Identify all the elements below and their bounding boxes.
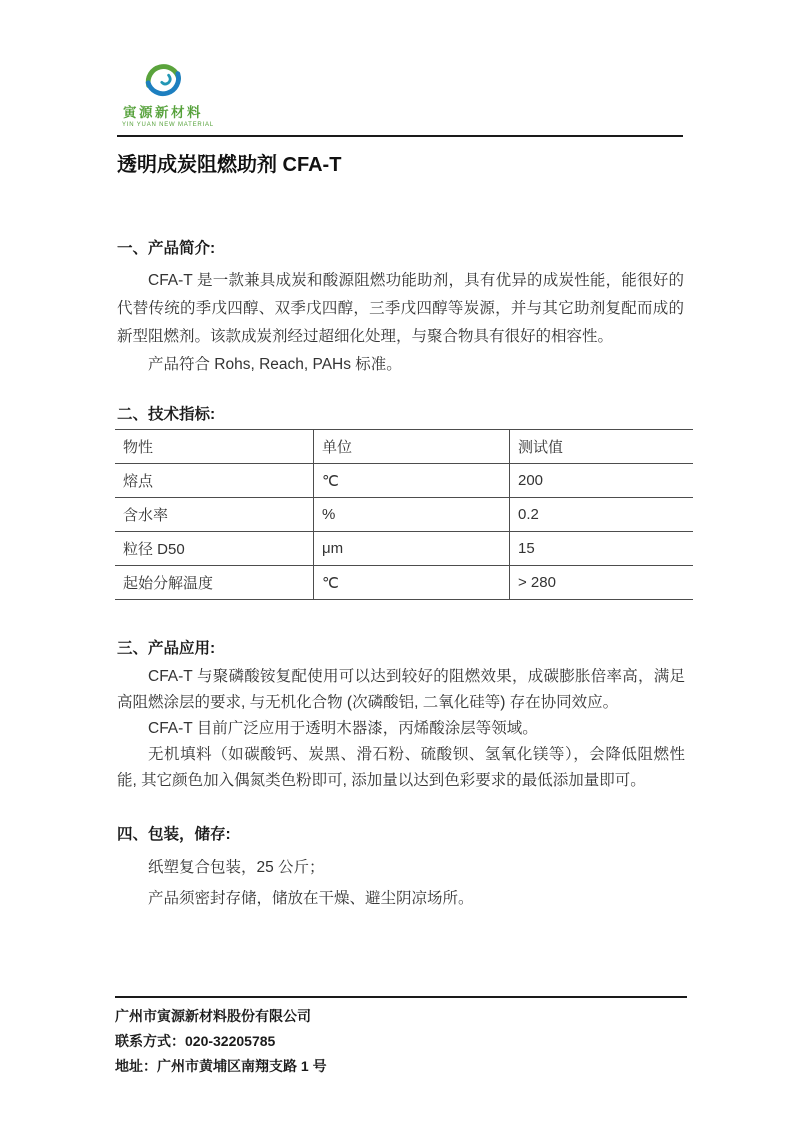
document-page: 寅源新材料 YIN YUAN NEW MATERIAL 透明成炭阻燃助剂 CFA… (0, 0, 800, 1131)
specs-col-value: 测试值 (510, 430, 694, 464)
intro-compliance-line: 产品符合 Rohs, Reach, PAHs 标准。 (117, 351, 684, 379)
logo-center-hook (162, 75, 170, 84)
table-row: 含水率 % 0.2 (115, 498, 693, 532)
table-row: 熔点 ℃ 200 (115, 464, 693, 498)
table-cell: ℃ (314, 566, 510, 600)
footer-contact-phone: 联系方式：020-32205785 (115, 1029, 687, 1054)
application-paragraph-2: CFA-T 目前广泛应用于透明木器漆，丙烯酸涂层等领域。 (117, 716, 685, 742)
table-cell: 200 (510, 464, 694, 498)
table-cell: 熔点 (115, 464, 314, 498)
section-application-heading: 三、产品应用: (117, 636, 685, 658)
table-cell: 15 (510, 532, 694, 566)
specs-col-unit: 单位 (314, 430, 510, 464)
table-cell: μm (314, 532, 510, 566)
packaging-line-1: 纸塑复合包装，25 公斤； (117, 852, 685, 883)
application-paragraph-1: CFA-T 与聚磷酸铵复配使用可以达到较好的阻燃效果，成碳膨胀倍率高，满足高阻燃… (117, 664, 685, 716)
section-specs: 二、技术指标: 物性 单位 测试值 熔点 ℃ 200 含水率 % 0.2 (115, 402, 687, 600)
section-intro-heading: 一、产品简介: (117, 236, 684, 258)
table-cell: 含水率 (115, 498, 314, 532)
specs-col-property: 物性 (115, 430, 314, 464)
table-row: 粒径 D50 μm 15 (115, 532, 693, 566)
section-packaging-heading: 四、包装，储存: (117, 822, 685, 844)
table-row: 起始分解温度 ℃ > 280 (115, 566, 693, 600)
table-cell: 起始分解温度 (115, 566, 314, 600)
section-application: 三、产品应用: CFA-T 与聚磷酸铵复配使用可以达到较好的阻燃效果，成碳膨胀倍… (117, 636, 685, 794)
page-footer: 广州市寅源新材料股份有限公司 联系方式：020-32205785 地址：广州市黄… (115, 996, 687, 1079)
table-cell: % (314, 498, 510, 532)
application-paragraph-3: 无机填料（如碳酸钙、炭黑、滑石粉、硫酸钡、氢氧化镁等），会降低阻燃性能, 其它颜… (117, 742, 685, 794)
section-specs-heading: 二、技术指标: (117, 402, 687, 424)
company-logo-icon (143, 60, 183, 100)
table-cell: > 280 (510, 566, 694, 600)
section-intro: 一、产品简介: CFA-T 是一款兼具成炭和酸源阻燃功能助剂，具有优异的成炭性能… (117, 236, 684, 379)
company-logo: 寅源新材料 YIN YUAN NEW MATERIAL (122, 60, 204, 128)
table-cell: 0.2 (510, 498, 694, 532)
section-packaging: 四、包装，储存: 纸塑复合包装，25 公斤； 产品须密封存储，储放在干燥、避尘阴… (117, 822, 685, 914)
footer-lines: 广州市寅源新材料股份有限公司 联系方式：020-32205785 地址：广州市黄… (115, 998, 687, 1079)
table-cell: 粒径 D50 (115, 532, 314, 566)
packaging-line-2: 产品须密封存储，储放在干燥、避尘阴凉场所。 (117, 883, 685, 914)
footer-address: 地址：广州市黄埔区南翔支路 1 号 (115, 1054, 687, 1079)
intro-paragraph: CFA-T 是一款兼具成炭和酸源阻燃功能助剂，具有优异的成炭性能，能很好的代替传… (117, 267, 684, 351)
table-cell: ℃ (314, 464, 510, 498)
specs-header-row: 物性 单位 测试值 (115, 430, 693, 464)
company-name-cn: 寅源新材料 (122, 101, 204, 121)
footer-company-name: 广州市寅源新材料股份有限公司 (115, 1004, 687, 1029)
header-rule (117, 135, 683, 137)
document-title: 透明成炭阻燃助剂 CFA-T (117, 148, 341, 177)
company-name-en: YIN YUAN NEW MATERIAL (122, 122, 204, 128)
specs-table: 物性 单位 测试值 熔点 ℃ 200 含水率 % 0.2 粒径 D50 μm (115, 429, 693, 600)
